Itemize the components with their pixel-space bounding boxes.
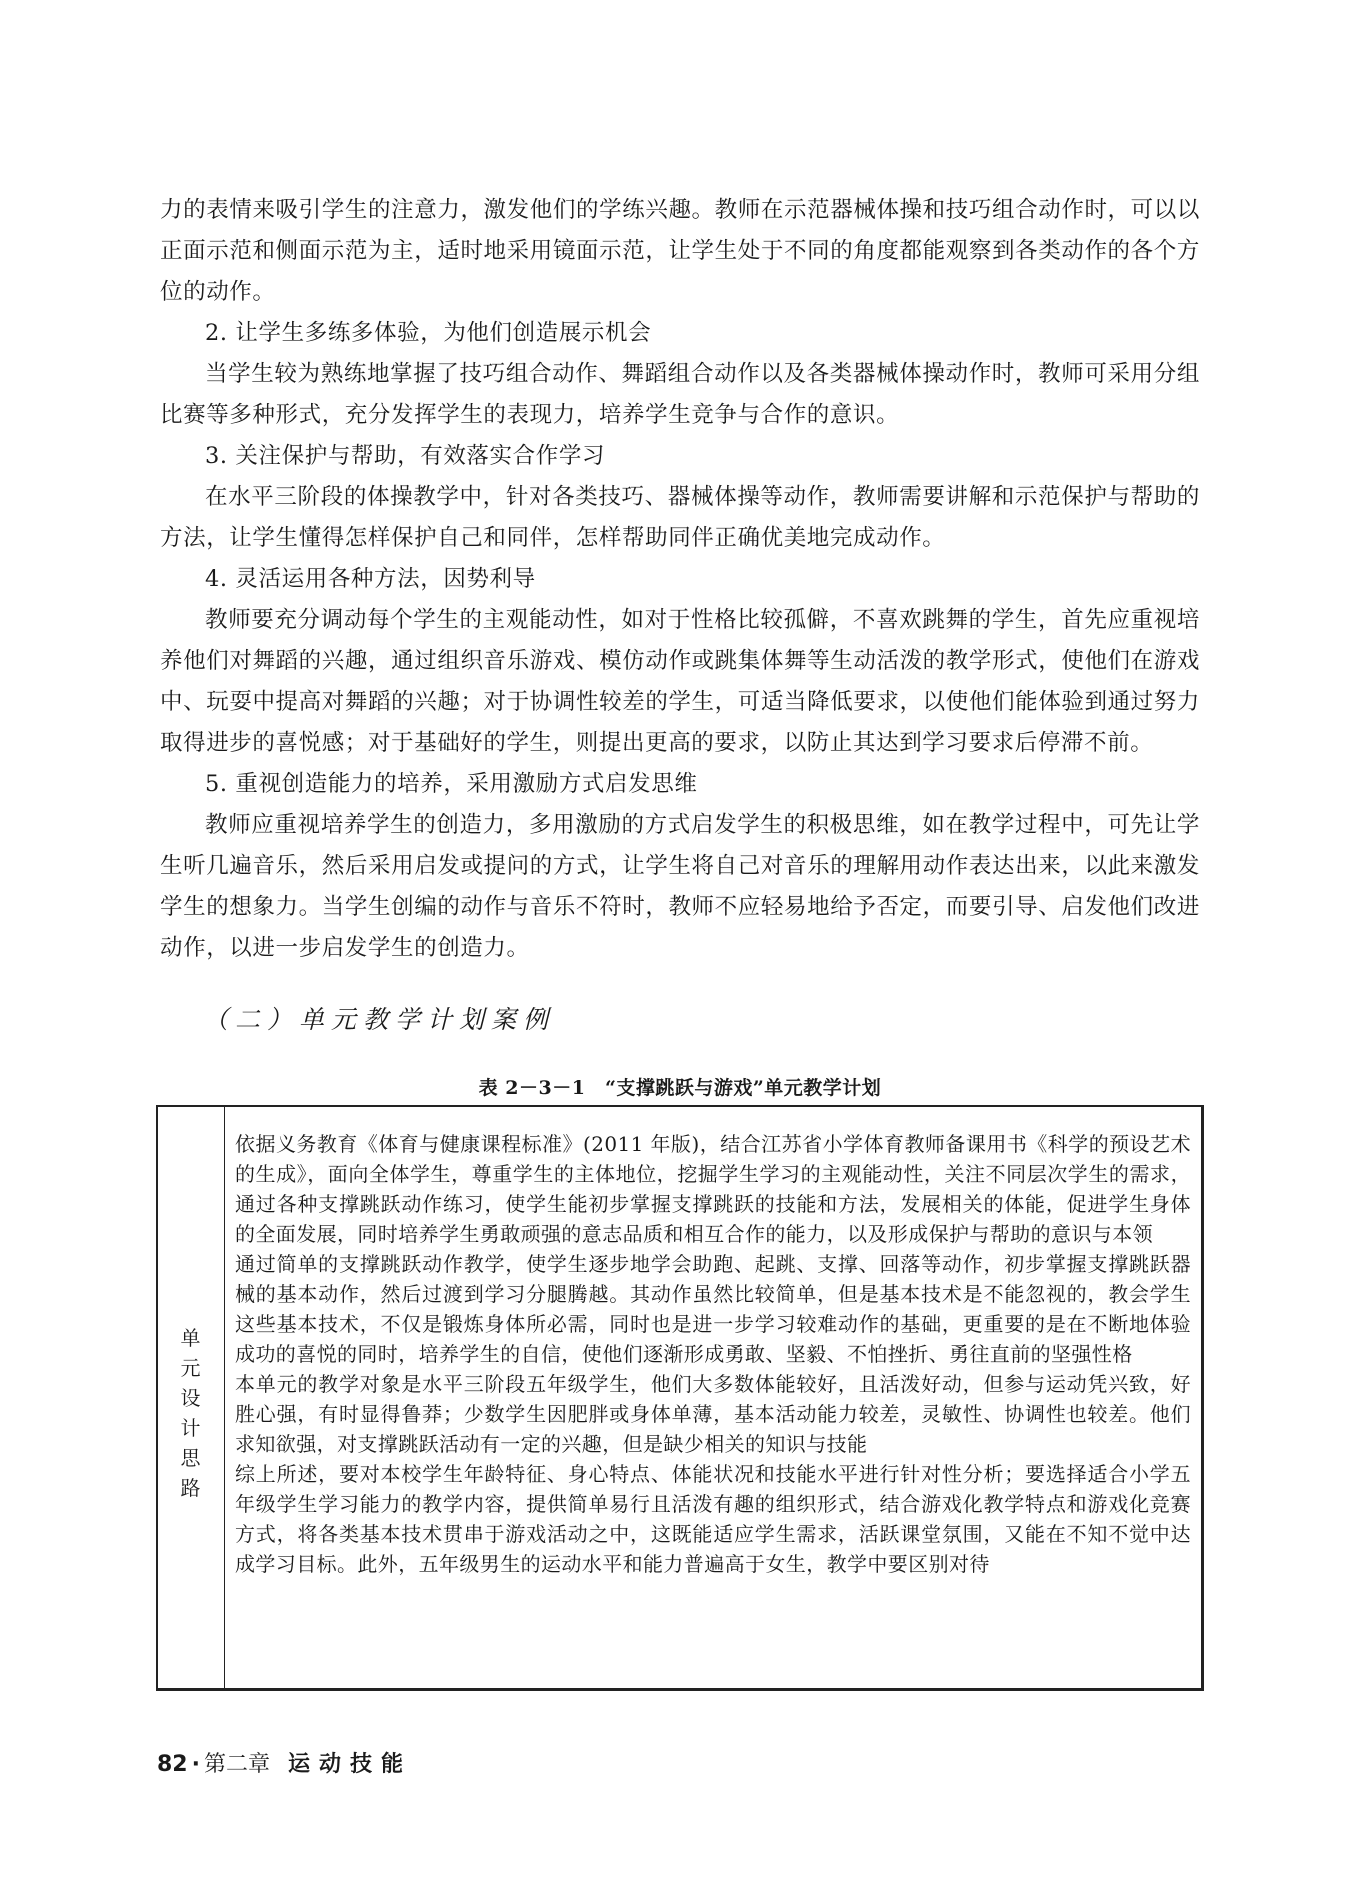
table-paragraph: 本单元的教学对象是水平三阶段五年级学生，他们大多数体能较好，且活泼好动，但参与运… <box>235 1369 1191 1459</box>
separator-dot: · <box>192 1752 200 1777</box>
paragraph: 当学生较为熟练地掌握了技巧组合动作、舞蹈组合动作以及各类器械体操动作时，教师可采… <box>160 354 1200 436</box>
table-paragraph: 依据义务教育《体育与健康课程标准》(2011 年版)，结合江苏省小学体育教师备课… <box>235 1129 1191 1249</box>
chapter-label: 第二章 <box>204 1752 270 1777</box>
subheading: 5. 重视创造能力的培养，采用激励方式启发思维 <box>160 764 1200 805</box>
row-label-line: 单元 <box>171 1323 211 1383</box>
row-label-line: 思路 <box>171 1443 211 1503</box>
row-label-cell: 单元 设计 思路 <box>158 1107 225 1688</box>
subheading: 3. 关注保护与帮助，有效落实合作学习 <box>160 436 1200 477</box>
page-number: 82 <box>157 1752 188 1777</box>
subheading: 4. 灵活运用各种方法，因势利导 <box>160 559 1200 600</box>
paragraph: 教师应重视培养学生的创造力，多用激励的方式启发学生的积极思维，如在教学过程中，可… <box>160 805 1200 969</box>
row-label-line: 设计 <box>171 1383 211 1443</box>
section-heading: （二）单元教学计划案例 <box>203 1000 555 1036</box>
table-paragraph: 综上所述，要对本校学生年龄特征、身心特点、体能状况和技能水平进行针对性分析；要选… <box>235 1459 1191 1579</box>
book-page: 力的表情来吸引学生的注意力，激发他们的学练兴趣。教师在示范器械体操和技巧组合动作… <box>0 0 1360 1884</box>
subheading: 2. 让学生多练多体验，为他们创造展示机会 <box>160 313 1200 354</box>
table-paragraph: 通过简单的支撑跳跃动作教学，使学生逐步地学会助跑、起跳、支撑、回落等动作，初步掌… <box>235 1249 1191 1369</box>
page-footer: 82·第二章运动技能 <box>157 1747 412 1778</box>
body-text: 力的表情来吸引学生的注意力，激发他们的学练兴趣。教师在示范器械体操和技巧组合动作… <box>160 190 1200 969</box>
paragraph: 教师要充分调动每个学生的主观能动性，如对于性格比较孤僻，不喜欢跳舞的学生，首先应… <box>160 600 1200 764</box>
design-rationale-cell: 依据义务教育《体育与健康课程标准》(2011 年版)，结合江苏省小学体育教师备课… <box>225 1107 1201 1688</box>
chapter-title: 运动技能 <box>288 1752 412 1777</box>
table-caption: 表 2－3－1 “支撑跳跃与游戏”单元教学计划 <box>0 1073 1360 1100</box>
paragraph: 力的表情来吸引学生的注意力，激发他们的学练兴趣。教师在示范器械体操和技巧组合动作… <box>160 190 1200 313</box>
unit-plan-table: 单元 设计 思路 依据义务教育《体育与健康课程标准》(2011 年版)，结合江苏… <box>156 1105 1204 1691</box>
row-label: 单元 设计 思路 <box>171 1323 211 1503</box>
paragraph: 在水平三阶段的体操教学中，针对各类技巧、器械体操等动作，教师需要讲解和示范保护与… <box>160 477 1200 559</box>
